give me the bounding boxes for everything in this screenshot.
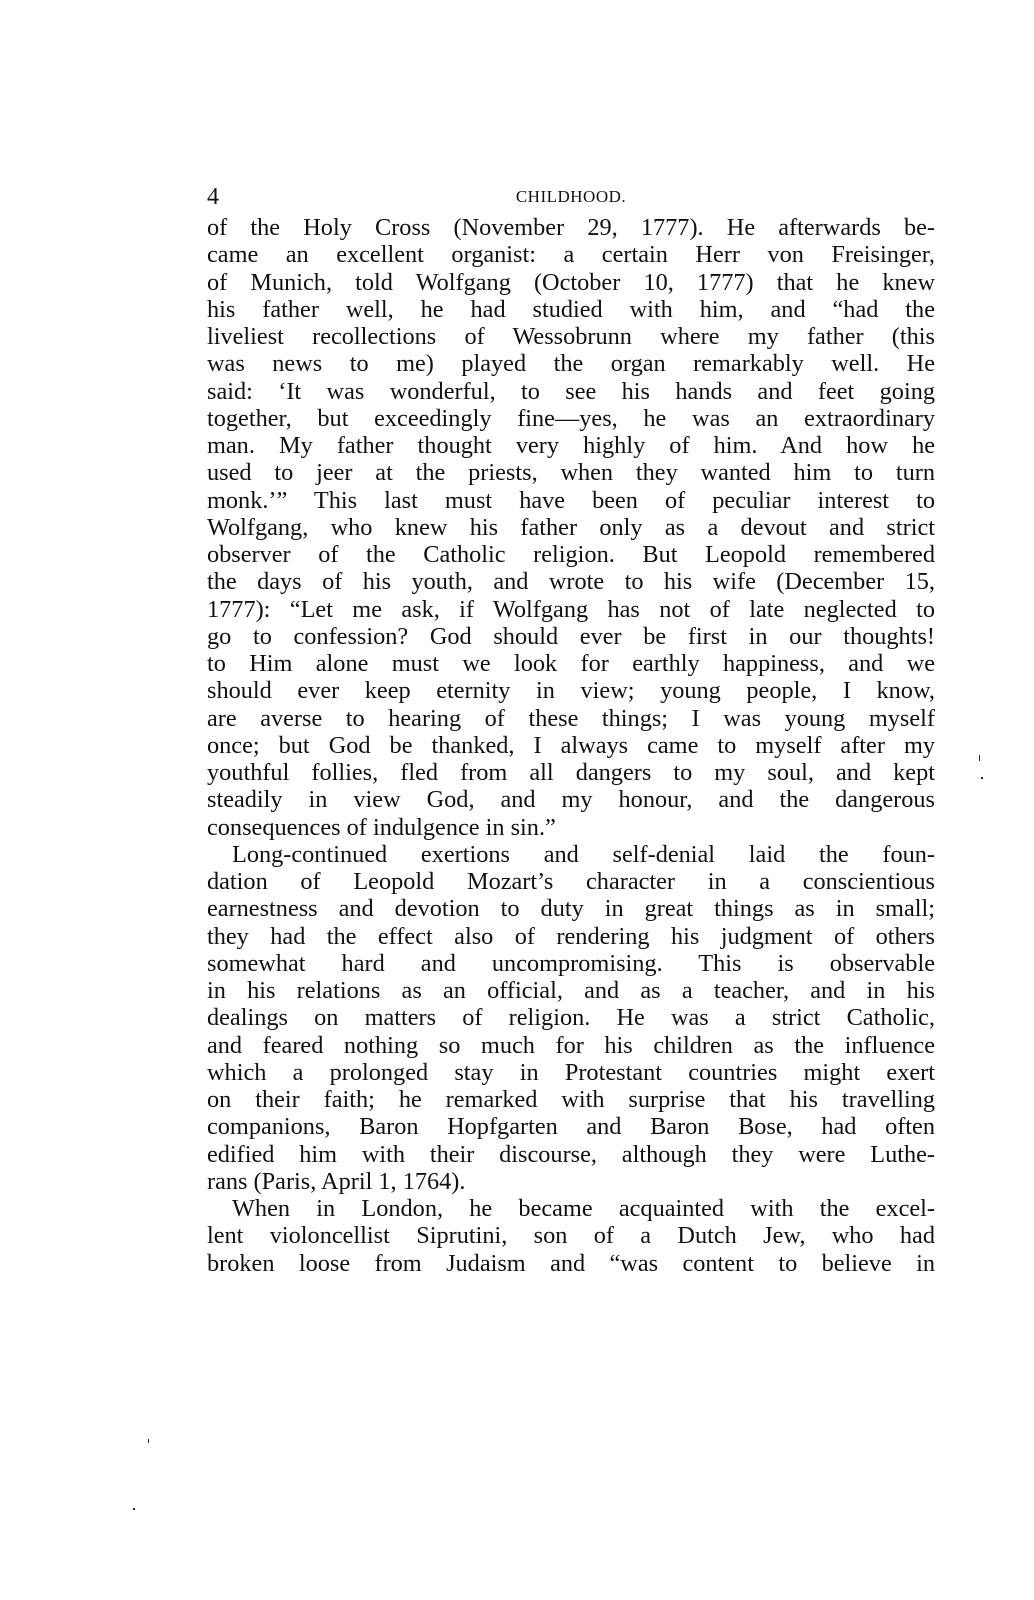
text-line: used to jeer at the priests, when they w…: [207, 459, 935, 486]
text-line: and feared nothing so much for his child…: [207, 1032, 935, 1059]
scan-speck: [148, 1439, 149, 1443]
text-line: monk.’” This last must have been of pecu…: [207, 487, 935, 514]
text-line: should ever keep eternity in view; young…: [207, 677, 935, 704]
text-line: go to confession? God should ever be fir…: [207, 623, 935, 650]
text-line: consequences of indulgence in sin.”: [207, 814, 935, 841]
book-page: 4 CHILDHOOD. of the Holy Cross (November…: [0, 0, 1034, 1600]
text-line: which a prolonged stay in Protestant cou…: [207, 1059, 935, 1086]
text-line: Long-continued exertions and self-denial…: [207, 841, 935, 868]
text-line: Wolfgang, who knew his father only as a …: [207, 514, 935, 541]
text-line: somewhat hard and uncompromising. This i…: [207, 950, 935, 977]
text-line: youthful follies, fled from all dangers …: [207, 759, 935, 786]
text-line: in his relations as an official, and as …: [207, 977, 935, 1004]
text-line: once; but God be thanked, I always came …: [207, 732, 935, 759]
text-line: steadily in view God, and my honour, and…: [207, 786, 935, 813]
text-line: man. My father thought very highly of hi…: [207, 432, 935, 459]
body-text: of the Holy Cross (November 29, 1777). H…: [207, 214, 935, 1277]
text-line: When in London, he became acquainted wit…: [207, 1195, 935, 1222]
text-line: broken loose from Judaism and “was conte…: [207, 1250, 935, 1277]
text-line: came an excellent organist: a certain He…: [207, 241, 935, 268]
running-head: 4 CHILDHOOD.: [207, 183, 935, 211]
text-line: together, but exceedingly fine—yes, he w…: [207, 405, 935, 432]
text-line: edified him with their discourse, althou…: [207, 1141, 935, 1168]
text-line: 1777): “Let me ask, if Wolfgang has not …: [207, 596, 935, 623]
scan-speck: [981, 777, 983, 779]
text-line: dation of Leopold Mozart’s character in …: [207, 868, 935, 895]
text-line: observer of the Catholic religion. But L…: [207, 541, 935, 568]
text-line: the days of his youth, and wrote to his …: [207, 568, 935, 595]
text-line: liveliest recollections of Wessobrunn wh…: [207, 323, 935, 350]
text-line: was news to me) played the organ remarka…: [207, 350, 935, 377]
text-line: lent violoncellist Siprutini, son of a D…: [207, 1222, 935, 1249]
running-title: CHILDHOOD.: [207, 185, 935, 209]
text-line: of the Holy Cross (November 29, 1777). H…: [207, 214, 935, 241]
text-line: they had the effect also of rendering hi…: [207, 923, 935, 950]
text-line: dealings on matters of religion. He was …: [207, 1004, 935, 1031]
text-line: rans (Paris, April 1, 1764).: [207, 1168, 935, 1195]
text-line: earnestness and devotion to duty in grea…: [207, 895, 935, 922]
scan-speck: [133, 1508, 135, 1510]
scan-speck: [979, 755, 980, 761]
text-line: said: ‘It was wonderful, to see his hand…: [207, 378, 935, 405]
text-line: his father well, he had studied with him…: [207, 296, 935, 323]
text-line: of Munich, told Wolfgang (October 10, 17…: [207, 269, 935, 296]
text-line: are averse to hearing of these things; I…: [207, 705, 935, 732]
text-line: to Him alone must we look for earthly ha…: [207, 650, 935, 677]
text-line: companions, Baron Hopfgarten and Baron B…: [207, 1113, 935, 1140]
text-line: on their faith; he remarked with surpris…: [207, 1086, 935, 1113]
